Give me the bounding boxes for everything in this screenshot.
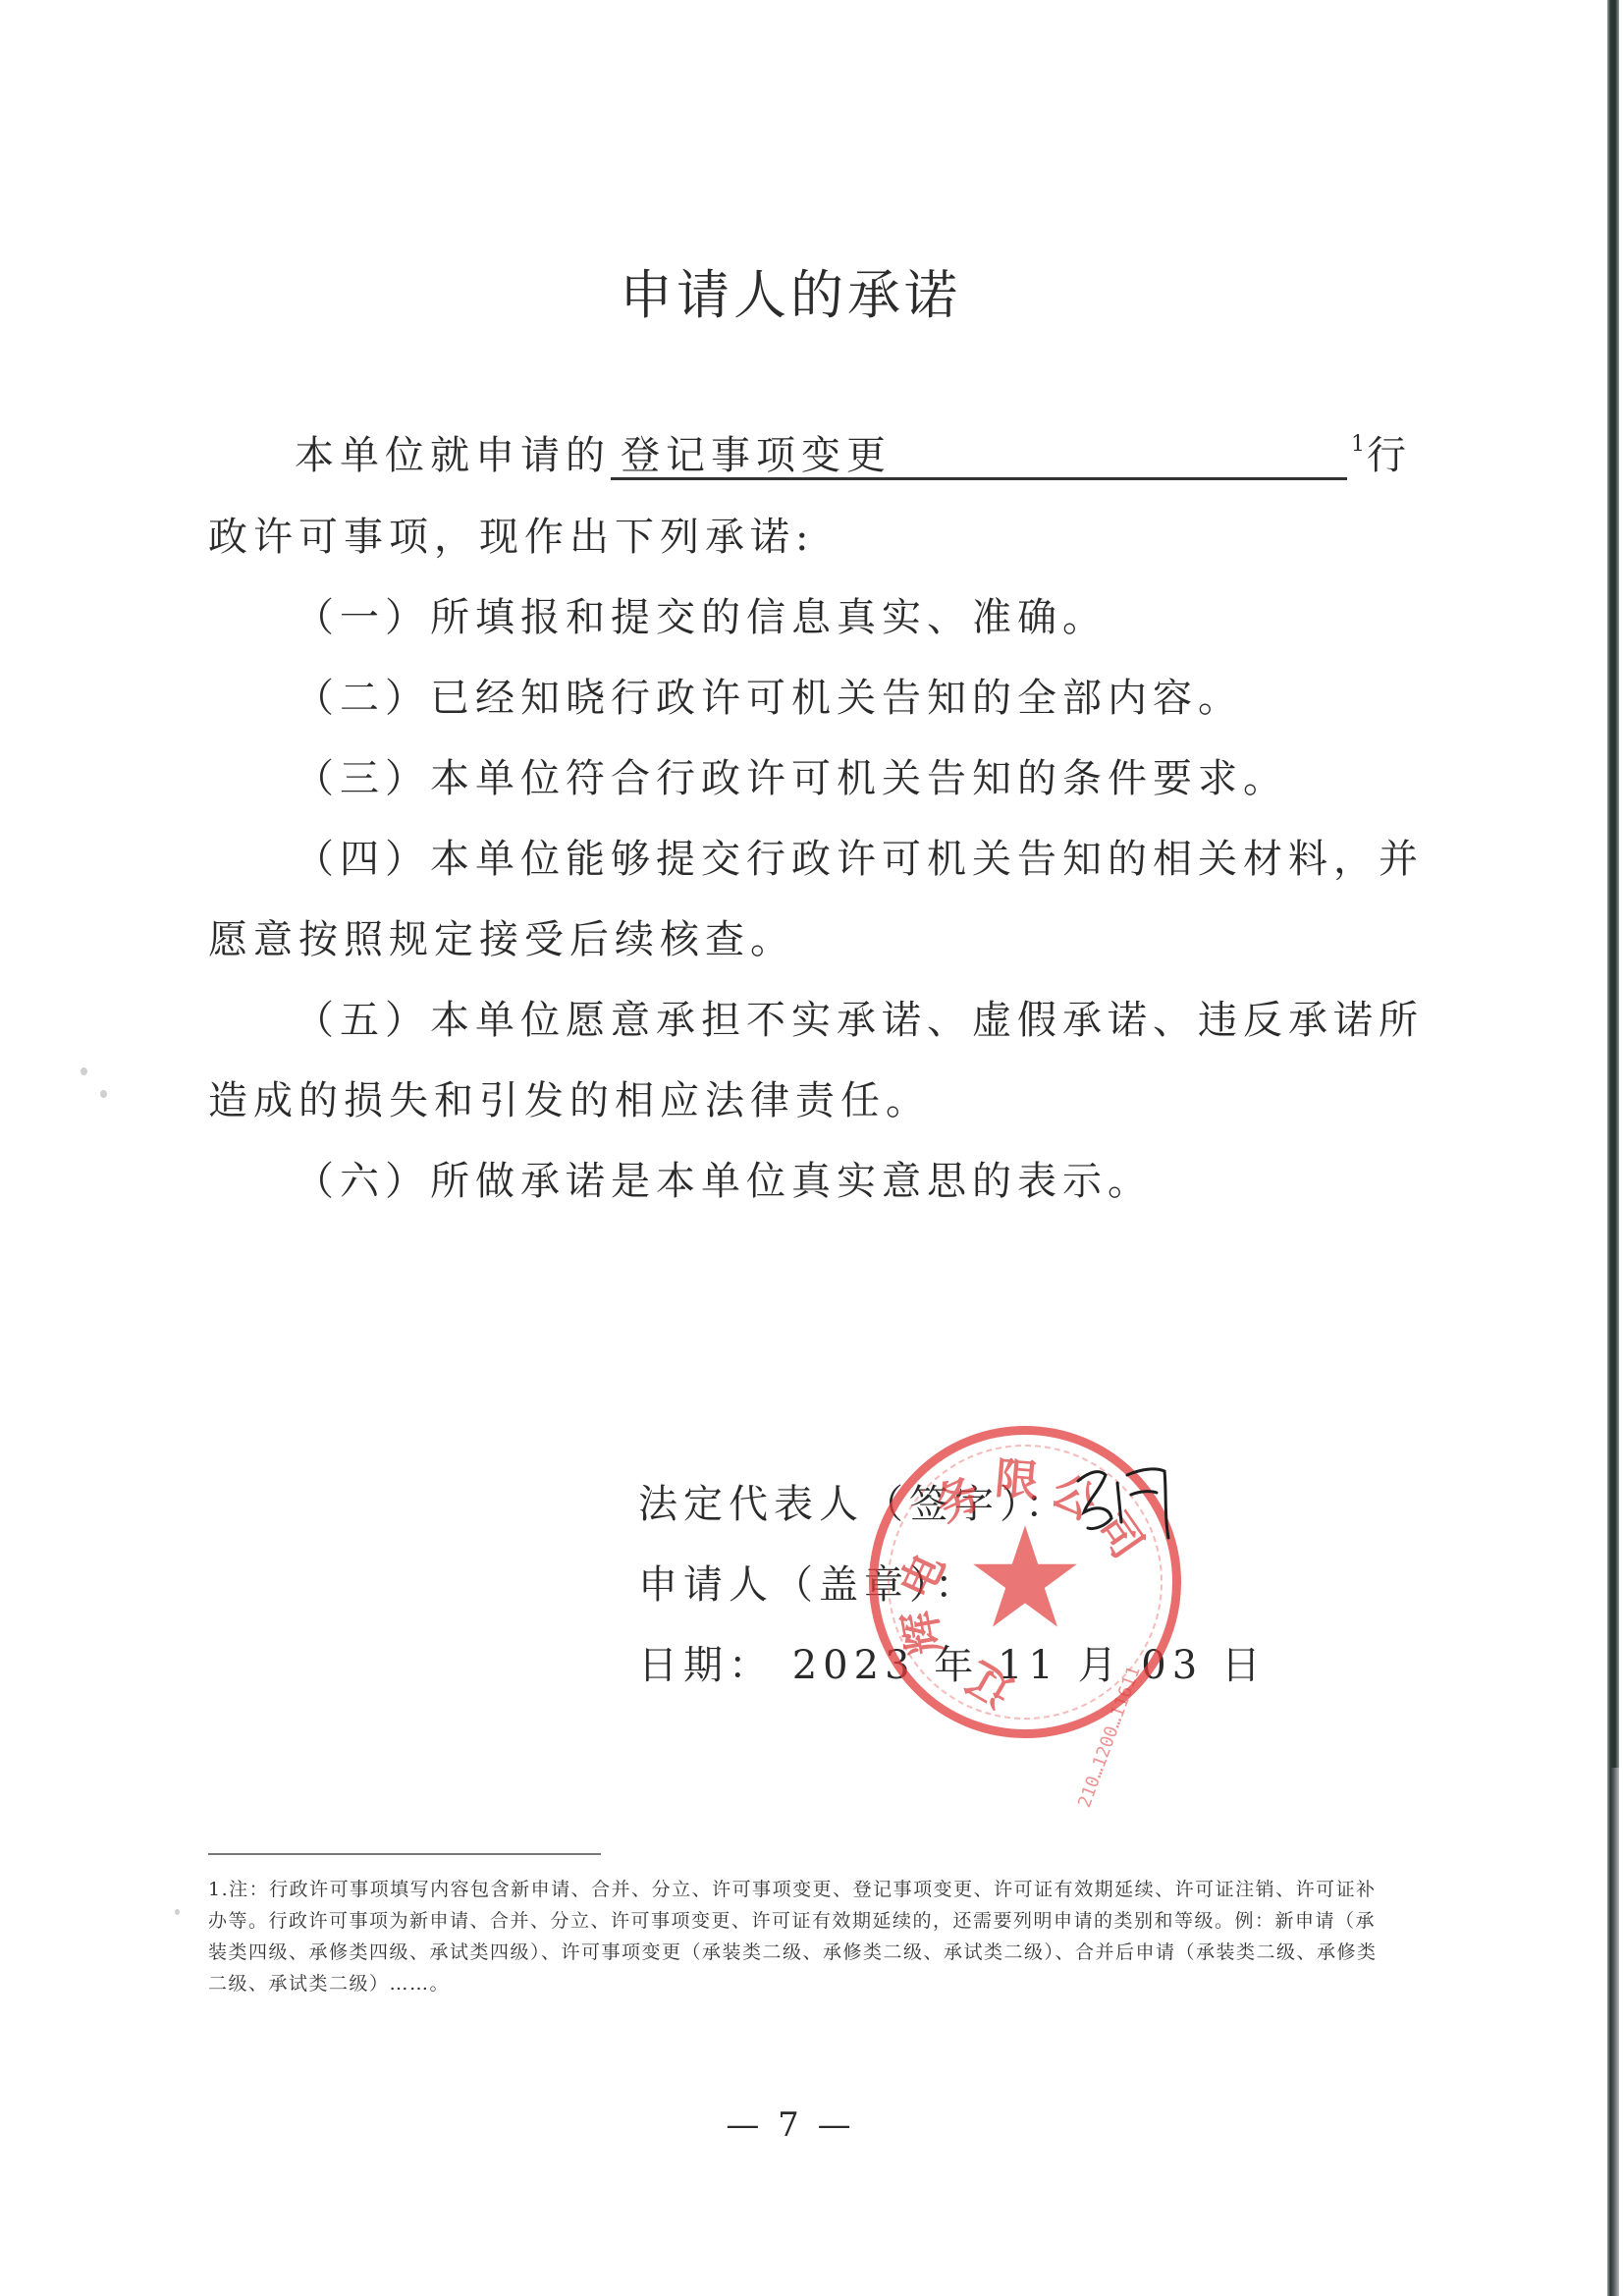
date-day: 03 (1141, 1643, 1203, 1688)
commitment-3: （三）本单位符合行政许可机关告知的条件要求。 (295, 747, 1473, 803)
commitment-number: （二） (295, 676, 430, 721)
commitment-4-continuation: 愿意按照规定接受后续核查。 (208, 908, 1386, 964)
intro-suffix: 行 (1367, 433, 1412, 478)
day-unit: 日 (1221, 1643, 1267, 1688)
application-item-field: 登记事项变更 (611, 434, 1347, 480)
month-unit: 月 (1078, 1643, 1123, 1688)
year-unit: 年 (934, 1643, 979, 1688)
date-year: 2023 (792, 1643, 916, 1688)
applicant-seal-line: 申请人（盖章）： (638, 1554, 980, 1610)
commitment-text: 本单位愿意承担不实承诺、虚假承诺、违反承诺所 (430, 998, 1424, 1043)
handwritten-signature (1070, 1461, 1178, 1540)
commitment-text: 本单位能够提交行政许可机关告知的相关材料，并 (430, 837, 1424, 882)
commitment-text: 已经知晓行政许可机关告知的全部内容。 (430, 676, 1243, 721)
date-line: 日期： 2023 年 11 月 03 日 (638, 1634, 1267, 1690)
commitment-number: （四） (295, 837, 430, 882)
footnote-divider (208, 1853, 601, 1855)
commitment-5-continuation: 造成的损失和引发的相应法律责任。 (208, 1069, 1386, 1125)
commitment-text: 所填报和提交的信息真实、准确。 (430, 595, 1108, 640)
footnote-text: 1.注：行政许可事项填写内容包含新申请、合并、分立、许可事项变更、登记事项变更、… (208, 1874, 1386, 1999)
intro-line-1: 本单位就申请的登记事项变更1行 (295, 424, 1473, 480)
page-title: 申请人的承诺 (0, 253, 1581, 329)
commitment-1: （一）所填报和提交的信息真实、准确。 (295, 586, 1473, 642)
legal-representative-line: 法定代表人（签字）： (638, 1473, 1070, 1529)
legal-rep-label: 法定代表人（签字）： (638, 1482, 1070, 1527)
page-number: — 7 — (0, 2105, 1581, 2145)
date-month: 11 (998, 1643, 1059, 1688)
commitment-text: 所做承诺是本单位真实意思的表示。 (430, 1159, 1153, 1204)
date-label: 日期： (638, 1643, 774, 1688)
commitment-text: 本单位符合行政许可机关告知的条件要求。 (430, 756, 1288, 801)
commitment-5: （五）本单位愿意承担不实承诺、虚假承诺、违反承诺所 (295, 989, 1473, 1045)
commitment-number: （六） (295, 1159, 430, 1204)
footnote-reference: 1 (1351, 432, 1365, 457)
scan-speck (81, 1067, 87, 1075)
scan-page-edge-lower (1611, 1768, 1619, 2296)
commitment-6: （六）所做承诺是本单位真实意思的表示。 (295, 1150, 1473, 1206)
commitment-2: （二）已经知晓行政许可机关告知的全部内容。 (295, 667, 1473, 723)
application-item-value: 登记事项变更 (621, 433, 892, 478)
scan-speck (100, 1090, 107, 1098)
commitment-4: （四）本单位能够提交行政许可机关告知的相关材料，并 (295, 828, 1473, 884)
intro-prefix: 本单位就申请的 (295, 433, 611, 478)
intro-line-2: 政许可事项，现作出下列承诺: (208, 506, 1386, 562)
stamp-star-icon (971, 1523, 1079, 1631)
commitment-number: （五） (295, 998, 430, 1043)
commitment-number: （三） (295, 756, 430, 801)
commitment-number: （一） (295, 595, 430, 640)
applicant-label: 申请人（盖章）： (638, 1562, 980, 1608)
scan-speck (175, 1909, 180, 1915)
